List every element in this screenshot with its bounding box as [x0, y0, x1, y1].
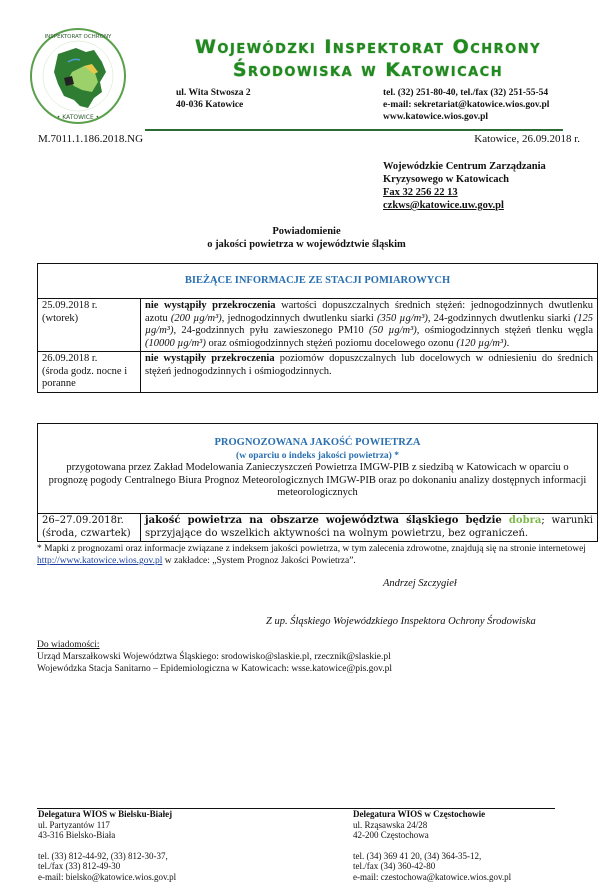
signer-authority: Z up. Śląskiego Wojewódzkiego Inspektora…: [266, 616, 536, 627]
date-text: 26.09.2018 r.: [42, 353, 136, 366]
branch-street: ul. Rząsawska 24/28: [353, 820, 511, 831]
table-row: 26.09.2018 r. (środa godz. nocne i poran…: [38, 352, 598, 393]
cc-block: Do wiadomości: Urząd Marszałkowski Wojew…: [37, 639, 392, 675]
org-address: ul. Wita Stwosza 2 40-036 Katowice: [176, 87, 251, 111]
recipient-block: Wojewódzkie Centrum Zarządzania Kryzysow…: [383, 160, 546, 212]
document-title: Powiadomienie o jakości powietrza w woje…: [0, 225, 613, 251]
footnote: * Mapki z prognozami oraz informacje zwi…: [37, 543, 597, 567]
cc-line2: Wojewódzka Stacja Sanitarno – Epidemiolo…: [37, 663, 392, 675]
place-date: Katowice, 26.09.2018 r.: [474, 133, 580, 145]
row-date: 26.09.2018 r. (środa godz. nocne i poran…: [38, 352, 141, 393]
recipient-line1: Wojewódzkie Centrum Zarządzania: [383, 160, 546, 173]
cc-line1: Urząd Marszałkowski Województwa Śląskieg…: [37, 651, 392, 663]
recipient-fax: Fax 32 256 22 13: [383, 186, 546, 199]
day-text: (wtorek): [42, 313, 136, 326]
footer-branch-bielsko: Delegatura WIOS w Bielsku-Białej ul. Par…: [38, 809, 176, 882]
organization-name: Wojewódzki Inspektorat Ochrony Środowisk…: [148, 36, 588, 82]
svg-text:• KATOWICE •: • KATOWICE •: [57, 114, 99, 121]
title-line1: Powiadomienie: [0, 225, 613, 238]
forecast-heading: PROGNOZOWANA JAKOŚĆ POWIETRZA: [46, 437, 589, 450]
row-date: 26–27.09.2018r. (środa, czwartek): [38, 514, 141, 542]
table-row: 25.09.2018 r. (wtorek) nie wystąpiły prz…: [38, 299, 598, 352]
footer-branch-czestochowa: Delegatura WIOS w Częstochowie ul. Rząsa…: [353, 809, 511, 882]
branch-fax: tel./fax (33) 812-49-30: [38, 861, 176, 872]
branch-email[interactable]: e-mail: czestochowa@katowice.wios.gov.pl: [353, 872, 511, 883]
row-description: nie wystąpiły przekroczenia wartości dop…: [141, 299, 598, 352]
org-name-line2: Środowiska w Katowicach: [148, 59, 588, 82]
branch-fax: tel./fax (34) 360-42-80: [353, 861, 511, 872]
day-text: (środa, czwartek): [42, 528, 136, 541]
cc-label: Do wiadomości:: [37, 639, 392, 651]
wios-logo: • KATOWICE • INSPEKTORAT OCHRONY: [28, 26, 128, 126]
branch-title: Delegatura WIOS w Bielsku-Białej: [38, 809, 176, 820]
forecast-table: PROGNOZOWANA JAKOŚĆ POWIETRZA (w oparciu…: [37, 423, 598, 542]
status-bold: nie wystąpiły przekroczenia: [145, 300, 276, 311]
branch-city: 43-316 Bielsko-Biała: [38, 830, 176, 841]
branch-tel: tel. (33) 812-44-92, (33) 812-30-37,: [38, 851, 176, 862]
address-city: 40-036 Katowice: [176, 99, 251, 111]
forecast-header: PROGNOZOWANA JAKOŚĆ POWIETRZA (w oparciu…: [38, 424, 598, 514]
org-contact: tel. (32) 251-80-40, tel./fax (32) 251-5…: [383, 87, 549, 123]
contact-phone: tel. (32) 251-80-40, tel./fax (32) 251-5…: [383, 87, 549, 99]
status-bold: nie wystąpiły przekroczenia: [145, 353, 275, 364]
branch-street: ul. Partyzantów 117: [38, 820, 176, 831]
date-text: 25.09.2018 r.: [42, 300, 136, 313]
contact-email[interactable]: e-mail: sekretariat@katowice.wios.gov.pl: [383, 99, 549, 111]
footnote-link[interactable]: http://www.katowice.wios.gov.pl: [37, 556, 162, 566]
org-name-line1: Wojewódzki Inspektorat Ochrony: [148, 36, 588, 59]
recipient-line2: Kryzysowego w Katowicach: [383, 173, 546, 186]
current-info-table: BIEŻĄCE INFORMACJE ZE STACJI POMIAROWYCH…: [37, 263, 598, 393]
svg-text:INSPEKTORAT OCHRONY: INSPEKTORAT OCHRONY: [45, 34, 112, 40]
reference-number: M.7011.1.186.2018.NG: [38, 133, 143, 145]
title-line2: o jakości powietrza w województwie śląsk…: [0, 238, 613, 251]
row-description: nie wystąpiły przekroczenia poziomów dop…: [141, 352, 598, 393]
row-description: jakość powietrza na obszarze województwa…: [141, 514, 598, 542]
header-divider: [145, 129, 563, 131]
table-row: 26–27.09.2018r. (środa, czwartek) jakość…: [38, 514, 598, 542]
contact-website[interactable]: www.katowice.wios.gov.pl: [383, 111, 549, 123]
signer-name: Andrzej Szczygieł: [383, 578, 457, 589]
recipient-email[interactable]: czkws@katowice.uw.gov.pl: [383, 199, 546, 212]
forecast-subheading: (w oparciu o indeks jakości powietrza) *: [46, 450, 589, 463]
branch-city: 42-200 Częstochowa: [353, 830, 511, 841]
forecast-description: przygotowana przez Zakład Modelowania Za…: [46, 462, 589, 500]
quality-value: dobra: [509, 515, 541, 526]
day-text: (środa godz. nocne i poranne: [42, 366, 136, 391]
row-date: 25.09.2018 r. (wtorek): [38, 299, 141, 352]
footnote-text-after: w zakładce: „System Prognoz Jakości Powi…: [162, 556, 355, 566]
branch-email[interactable]: e-mail: bielsko@katowice.wios.gov.pl: [38, 872, 176, 883]
branch-title: Delegatura WIOS w Częstochowie: [353, 809, 511, 820]
status-bold: jakość powietrza na obszarze województwa…: [145, 515, 509, 526]
address-street: ul. Wita Stwosza 2: [176, 87, 251, 99]
branch-tel: tel. (34) 369 41 20, (34) 364-35-12,: [353, 851, 511, 862]
footnote-text: * Mapki z prognozami oraz informacje zwi…: [37, 544, 586, 554]
date-text: 26–27.09.2018r.: [42, 515, 136, 528]
current-info-heading: BIEŻĄCE INFORMACJE ZE STACJI POMIAROWYCH: [38, 264, 598, 299]
